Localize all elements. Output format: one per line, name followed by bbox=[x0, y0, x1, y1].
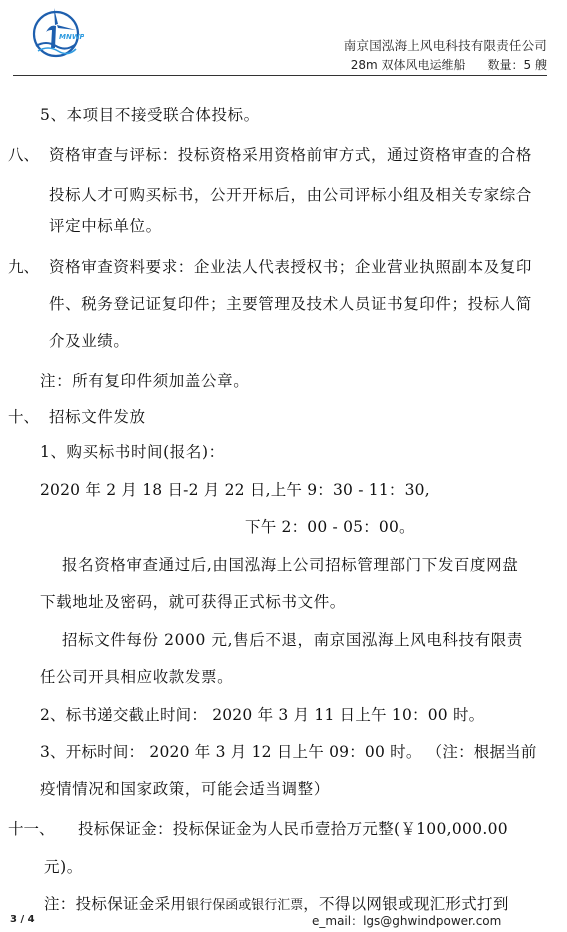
section-8-number: 八、 bbox=[8, 143, 39, 165]
section-8-line-1: 资格审查与评标：投标资格采用资格前审方式，通过资格审查的合格 bbox=[49, 143, 532, 165]
note-copies-stamped: 注：所有复印件须加盖公章。 bbox=[40, 369, 249, 391]
header-project: 28m 双体风电运维船 bbox=[351, 58, 466, 72]
deposit-note-b: 银行保函或银行汇票 bbox=[186, 898, 303, 913]
section-11-line-1: 投标保证金：投标保证金为人民币壹拾万元整(￥100,000.00 bbox=[78, 817, 508, 839]
submission-deadline: 2、标书递交截止时间： 2020 年 3 月 11 日上午 10：00 时。 bbox=[40, 703, 484, 725]
registration-note-line-1: 报名资格审查通过后,由国泓海上公司招标管理部门下发百度网盘 bbox=[62, 553, 518, 575]
header-quantity: 数量：5 艘 bbox=[488, 58, 547, 72]
section-8-line-3: 评定中标单位。 bbox=[49, 214, 162, 236]
section-11-line-2: 元)。 bbox=[44, 855, 83, 877]
section-10-number: 十、 bbox=[8, 405, 39, 427]
opening-time-line-1: 3、开标时间： 2020 年 3 月 12 日上午 09：00 时。 （注：根据… bbox=[40, 740, 537, 762]
item-5: 5、本项目不接受联合体投标。 bbox=[40, 103, 260, 125]
deposit-note: 注：投标保证金采用银行保函或银行汇票，不得以网银或现汇形式打到 bbox=[44, 892, 509, 914]
deposit-note-a: 注：投标保证金采用 bbox=[44, 895, 186, 913]
registration-note-line-2: 下载地址及密码，就可获得正式标书文件。 bbox=[40, 590, 346, 612]
header-divider bbox=[13, 75, 547, 76]
header-company-name: 南京国泓海上风电科技有限责任公司 bbox=[344, 36, 547, 54]
opening-time-line-2: 疫情情况和国家政策，可能会适当调整） bbox=[40, 777, 330, 799]
company-logo: MNWP bbox=[28, 4, 84, 60]
footer-email: e_mail：lgs@ghwindpower.com bbox=[312, 912, 501, 929]
purchase-time-label: 1、购买标书时间(报名)： bbox=[40, 440, 225, 462]
section-9-number: 九、 bbox=[8, 255, 39, 277]
section-8-line-2: 投标人才可购买标书，公开开标后，由公司评标小组及相关专家综合 bbox=[49, 183, 532, 205]
section-9-line-2: 件、税务登记证复印件；主要管理及技术人员证书复印件；投标人简 bbox=[49, 292, 532, 314]
section-11-number: 十一、 bbox=[8, 817, 55, 839]
svg-text:MNWP: MNWP bbox=[59, 33, 84, 41]
deposit-note-c: ，不得以网银或现汇形式打到 bbox=[303, 895, 508, 913]
fee-note-line-2: 任公司开具相应收款发票。 bbox=[40, 665, 233, 687]
section-9-line-3: 介及业绩。 bbox=[49, 329, 130, 351]
header-project-line: 28m 双体风电运维船数量：5 艘 bbox=[351, 56, 547, 73]
purchase-date-am: 2020 年 2 月 18 日-2 月 22 日,上午 9：30 - 11：30… bbox=[40, 478, 430, 500]
fee-note-line-1: 招标文件每份 2000 元,售后不退，南京国泓海上风电科技有限责 bbox=[62, 628, 523, 650]
section-9-line-1: 资格审查资料要求：企业法人代表授权书；企业营业执照副本及复印 bbox=[49, 255, 532, 277]
purchase-time-pm: 下午 2：00 - 05：00。 bbox=[245, 515, 415, 537]
page-number: 3 / 4 bbox=[10, 914, 35, 925]
section-10-title: 招标文件发放 bbox=[49, 405, 146, 427]
wind-turbine-logo-icon: MNWP bbox=[28, 4, 84, 60]
